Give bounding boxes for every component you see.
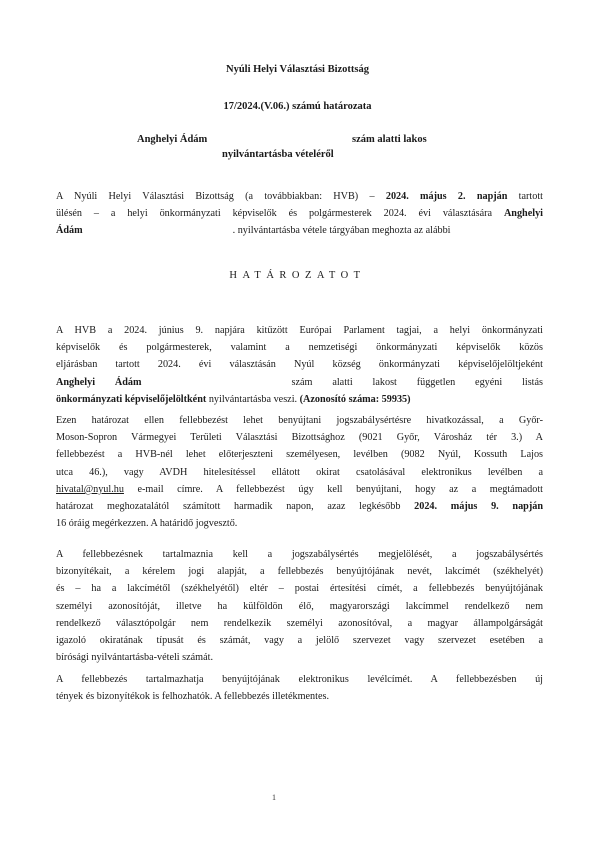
committee-name: Nyúli Helyi Választási Bizottság <box>0 64 595 75</box>
text-run: Ezen határozat ellen fellebbezést lehet … <box>56 415 543 426</box>
text-line: bírósági nyilvántartásba-vételi számát. <box>56 649 543 666</box>
text-run: bírósági nyilvántartásba-vételi számát. <box>56 652 213 663</box>
text-run: rendelkező választópolgár nem rendelkezi… <box>56 618 543 629</box>
text-run: Anghelyi <box>504 208 543 219</box>
text-run: utca 46.), vagy AVDH hitelesítéssel ellá… <box>56 467 543 478</box>
text-line: tények és bizonyítékok is felhozhatók. A… <box>56 688 543 705</box>
text-run: képviselők és polgármesterek, valamint a… <box>56 342 543 353</box>
text-line: Anghelyi Ádámszám alatti lakost függetle… <box>56 374 543 391</box>
resolution-number: 17/2024.(V.06.) számú határozata <box>0 101 595 112</box>
text-line: 16 óráig megérkezzen. A határidő jogvesz… <box>56 515 543 532</box>
text-run: e-mail címre. A fellebbezést úgy kell be… <box>124 484 543 495</box>
text-run: (Azonosító száma: 59935) <box>300 394 411 405</box>
text-run: határozat meghozatalától számított harma… <box>56 501 414 512</box>
subject-name: Anghelyi Ádám <box>137 134 207 145</box>
text-run: tények és bizonyítékok is felhozhatók. A… <box>56 691 329 702</box>
subject-address-suffix: szám alatti lakos <box>352 134 427 145</box>
text-run: nyilvántartásba veszi. <box>206 394 299 405</box>
text-run: . nyilvántartásba vétele tárgyában megho… <box>233 225 451 236</box>
text-run: 2024. május 2. napján <box>386 191 508 202</box>
text-line: rendelkező választópolgár nem rendelkezi… <box>56 615 543 632</box>
decision-paragraph: A HVB a 2024. június 9. napjára kitűzött… <box>56 322 543 408</box>
text-line: A HVB a 2024. június 9. napjára kitűzött… <box>56 322 543 339</box>
text-run: Anghelyi Ádám <box>56 377 142 388</box>
text-line: utca 46.), vagy AVDH hitelesítéssel ellá… <box>56 464 543 481</box>
text-run: szám alatti lakost független egyéni list… <box>292 377 543 388</box>
text-run: személyi azonosítóját, illetve ha külföl… <box>56 601 543 612</box>
text-line: önkormányzati képviselőjelöltként nyilvá… <box>56 391 543 408</box>
text-line: A fellebbezésnek tartalmaznia kell a jog… <box>56 546 543 563</box>
text-run: önkormányzati képviselőjelöltként <box>56 394 206 405</box>
text-run: fellebbezést a HVB-nél lehet előterjeszt… <box>56 449 543 460</box>
text-run: eljárásban tartott 2024. évi választásán… <box>56 359 543 370</box>
text-run: igazoló okiratának típusát és számát, va… <box>56 635 543 646</box>
text-run: 2024. május 9. napján <box>414 501 543 512</box>
text-line: és – ha a lakcímétől (székhelyétől) elté… <box>56 580 543 597</box>
text-run: A HVB a 2024. június 9. napjára kitűzött… <box>56 325 543 336</box>
text-line: bizonyítékait, a kérelem jogi alapját, a… <box>56 563 543 580</box>
appeal-optional-paragraph: A fellebbezés tartalmazhatja benyújtóján… <box>56 671 543 705</box>
text-run: A fellebbezésnek tartalmaznia kell a jog… <box>56 549 543 560</box>
text-line: határozat meghozatalától számított harma… <box>56 498 543 515</box>
document-page: Nyúli Helyi Választási Bizottság 17/2024… <box>0 0 595 842</box>
text-line: Ezen határozat ellen fellebbezést lehet … <box>56 412 543 429</box>
appeal-paragraph: Ezen határozat ellen fellebbezést lehet … <box>56 412 543 532</box>
text-line: személyi azonosítóját, illetve ha külföl… <box>56 598 543 615</box>
text-run: Ádám <box>56 225 83 236</box>
subject-line2: nyilvántartásba vételéről <box>222 149 334 160</box>
text-line: A fellebbezés tartalmazhatja benyújtóján… <box>56 671 543 688</box>
text-line: Ádám. nyilvántartásba vétele tárgyában m… <box>56 222 543 239</box>
text-run: bizonyítékait, a kérelem jogi alapját, a… <box>56 566 543 577</box>
decision-title: HATÁROZATOT <box>0 270 595 281</box>
text-line: hivatal@nyul.hu e-mail címre. A fellebbe… <box>56 481 543 498</box>
text-line: A Nyúli Helyi Választási Bizottság (a to… <box>56 188 543 205</box>
text-run: A Nyúli Helyi Választási Bizottság (a to… <box>56 191 386 202</box>
text-line: Moson-Sopron Vármegyei Területi Választá… <box>56 429 543 446</box>
text-line: képviselők és polgármesterek, valamint a… <box>56 339 543 356</box>
appeal-content-paragraph: A fellebbezésnek tartalmaznia kell a jog… <box>56 546 543 666</box>
text-line: ülésén – a helyi önkormányzati képviselő… <box>56 205 543 222</box>
text-run: és – ha a lakcímétől (székhelyétől) elté… <box>56 583 543 594</box>
text-run: ülésén – a helyi önkormányzati képviselő… <box>56 208 504 219</box>
page-number: 1 <box>272 793 276 802</box>
text-line: eljárásban tartott 2024. évi választásán… <box>56 356 543 373</box>
text-run: 16 óráig megérkezzen. A határidő jogvesz… <box>56 518 237 529</box>
text-run: Moson-Sopron Vármegyei Területi Választá… <box>56 432 543 443</box>
text-line: fellebbezést a HVB-nél lehet előterjeszt… <box>56 446 543 463</box>
intro-paragraph: A Nyúli Helyi Választási Bizottság (a to… <box>56 188 543 240</box>
text-line: igazoló okiratának típusát és számát, va… <box>56 632 543 649</box>
text-run: A fellebbezés tartalmazhatja benyújtóján… <box>56 674 543 685</box>
email-link[interactable]: hivatal@nyul.hu <box>56 484 124 495</box>
text-run: tartott <box>507 191 543 202</box>
